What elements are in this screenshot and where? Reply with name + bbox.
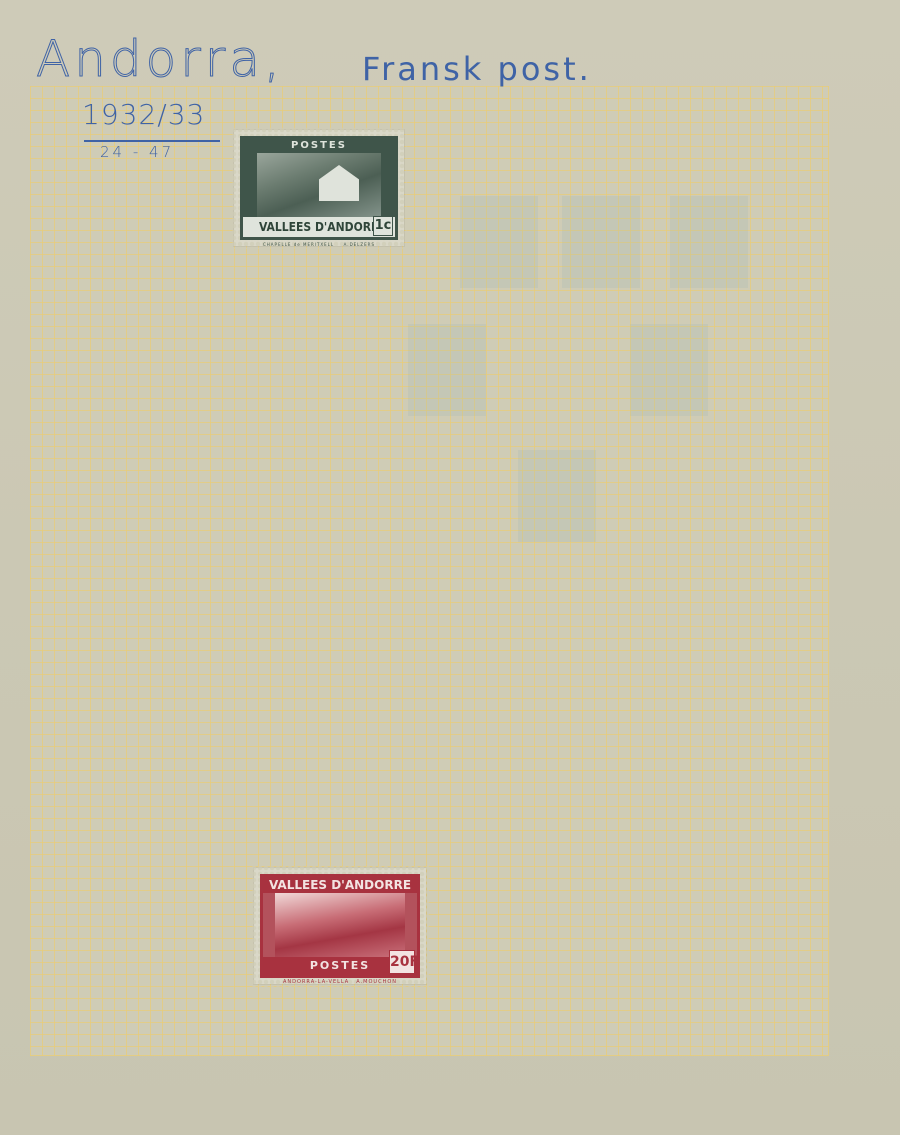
stamp-engraver: A.MOUCHON xyxy=(356,979,397,985)
chapel-icon xyxy=(319,165,359,201)
stamp-caption: CHAPELLE de MERITXELL xyxy=(263,242,334,247)
ghost-stamp-shadow xyxy=(630,324,708,416)
ghost-stamp-shadow xyxy=(670,196,748,288)
ghost-stamp-shadow xyxy=(562,196,640,288)
stamp-top-label: VALLEES D'ANDORRE xyxy=(263,877,417,893)
divider-line xyxy=(84,140,220,142)
ornament-left xyxy=(263,893,275,957)
stamp-value: 20F xyxy=(389,950,415,974)
album-page: Andorra, Fransk post. 1932/33 24 - 47 PO… xyxy=(0,0,900,1135)
catalog-range: 24 - 47 xyxy=(100,143,174,161)
ornament-left xyxy=(243,153,257,217)
page-subtitle: Fransk post. xyxy=(362,50,592,88)
stamp-scene-valley xyxy=(275,893,405,957)
stamp-meritxell-1c[interactable]: POSTES VALLEES D'ANDORRE 1c CHAPELLE de … xyxy=(234,130,404,246)
ornament-right xyxy=(381,153,395,217)
ghost-stamp-shadow xyxy=(518,450,596,542)
ghost-stamp-shadow xyxy=(460,196,538,288)
stamp-scene-chapel xyxy=(257,153,381,217)
issue-year: 1932/33 xyxy=(82,98,205,131)
stamp-caption: ANDORRA-LA-VELLA xyxy=(283,979,349,985)
page-title: Andorra, xyxy=(36,30,284,88)
stamp-value: 1c xyxy=(373,216,393,236)
stamp-top-label: POSTES xyxy=(243,139,395,153)
stamp-engraver: A.DELZERS xyxy=(344,242,375,247)
graph-paper-grid xyxy=(30,86,829,1056)
stamp-andorra-la-vella-20f[interactable]: VALLEES D'ANDORRE POSTES 20F ANDORRA-LA-… xyxy=(254,868,426,984)
ornament-right xyxy=(405,893,417,957)
ghost-stamp-shadow xyxy=(408,324,486,416)
